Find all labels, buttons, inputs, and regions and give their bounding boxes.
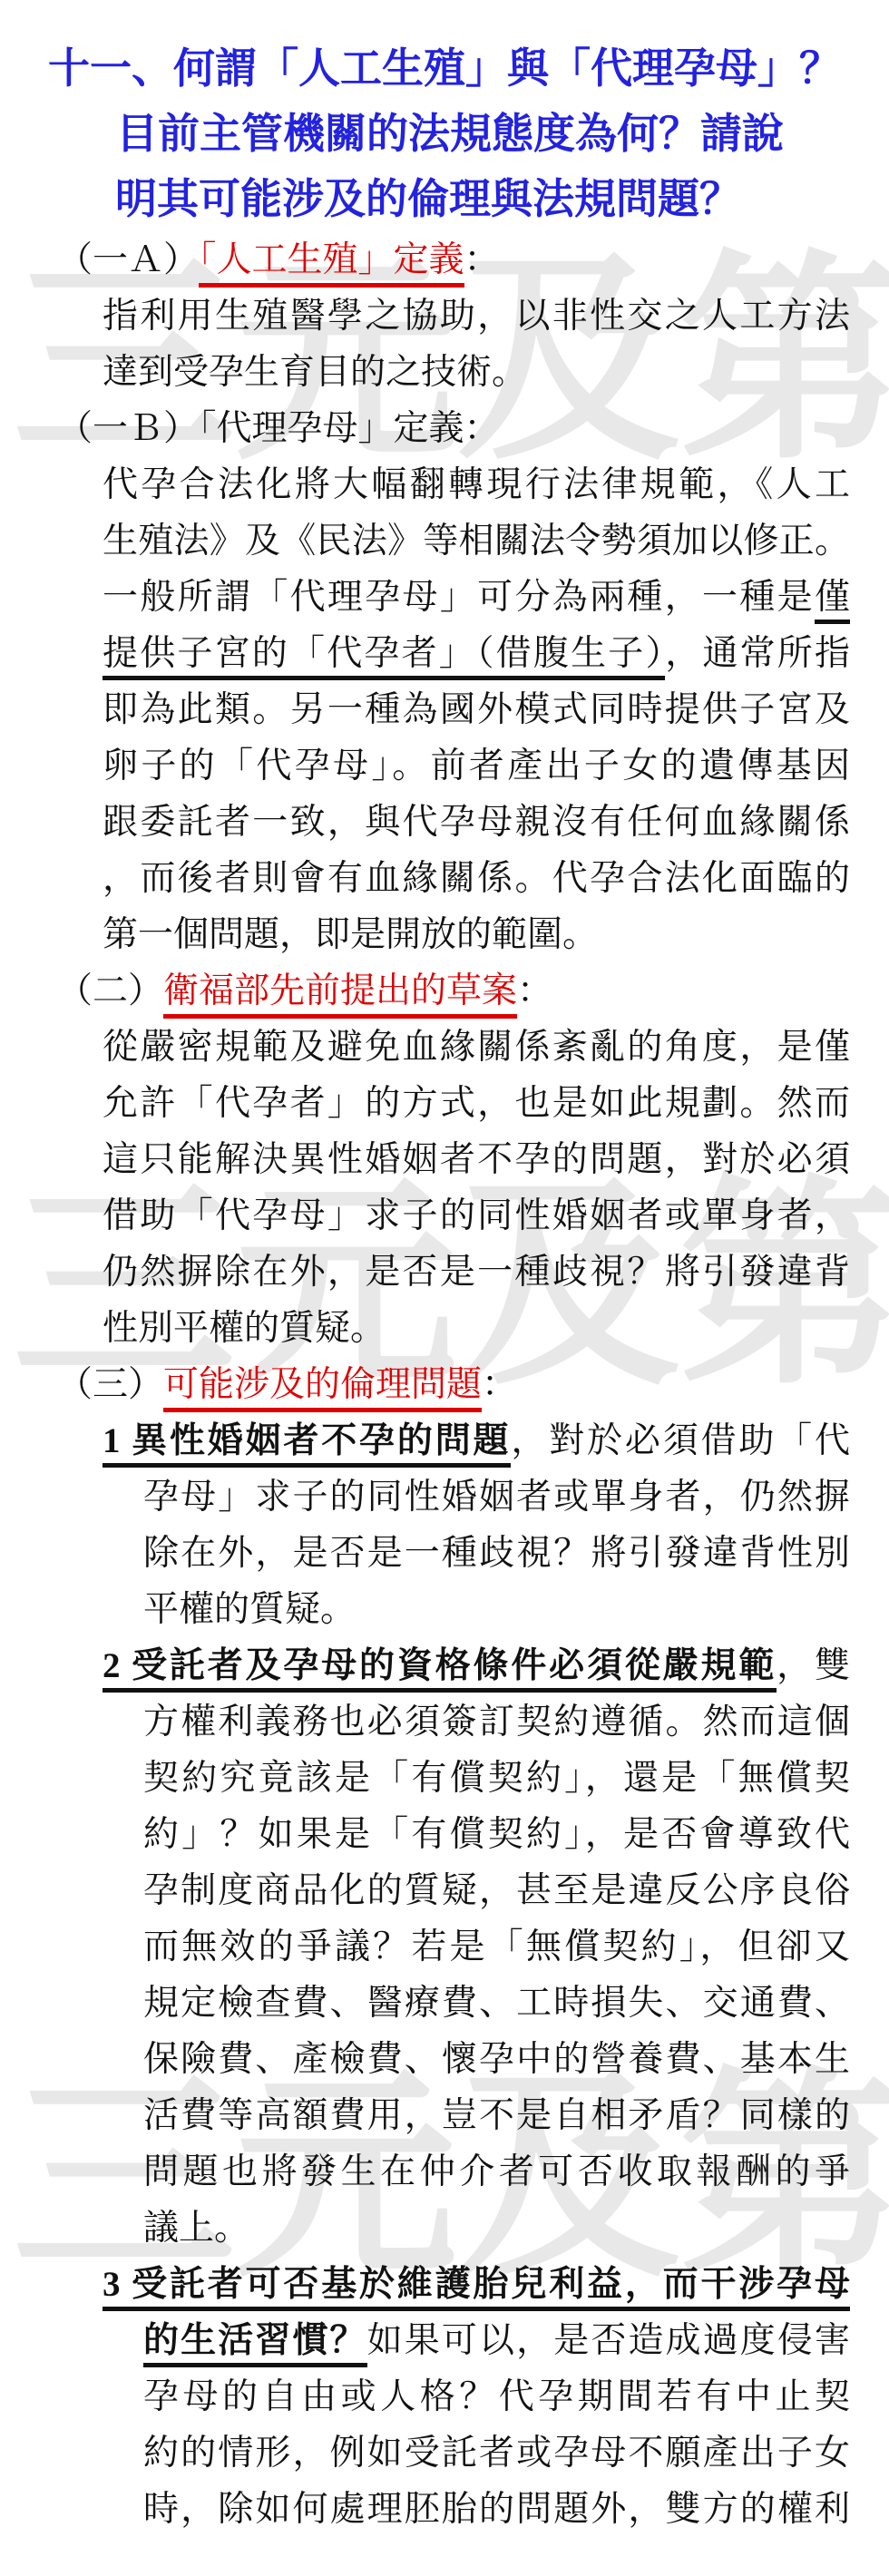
- paragraph-line: 第一個問題，即是開放的範圍。: [103, 907, 850, 963]
- paragraph-line: 從嚴密規範及避免血緣關係紊亂的角度，是僅: [103, 1020, 850, 1076]
- bold-underlined-text: 1 異性婚姻者不孕的問題: [103, 1421, 511, 1468]
- text: 借助「代孕母」求子的同性婚姻者或單身者，: [103, 1196, 850, 1235]
- text: 問題也將發生在仲介者可否收取報酬的爭: [143, 2152, 850, 2191]
- text: 活費等高額費用，豈不是自相矛盾？同樣的: [143, 2096, 850, 2135]
- numbered-continuation-line: 時，除如何處理胚胎的問題外，雙方的權利: [143, 2482, 850, 2538]
- numbered-continuation-line: 議上。: [143, 2200, 850, 2257]
- text: 時，除如何處理胚胎的問題外，雙方的權利: [143, 2490, 850, 2529]
- text: 保險費、產檢費、懷孕中的營養費、基本生: [143, 2040, 850, 2079]
- text: 這只能解決異性婚姻者不孕的問題，對於必須: [103, 1140, 850, 1179]
- text: （一Ｂ）「代理孕母」定義：: [57, 409, 500, 448]
- text: ：: [517, 971, 552, 1010]
- text: ，通常所指: [665, 634, 850, 673]
- text: ，雙: [777, 1646, 850, 1685]
- text: 跟委託者一致，與代孕母親沒有任何血緣關係: [103, 803, 850, 842]
- text: （二）: [57, 971, 163, 1010]
- numbered-continuation-line: 問題也將發生在仲介者可否收取報酬的爭: [143, 2144, 850, 2200]
- text: 約」？如果是「有償契約」，是否會導致代: [143, 1815, 850, 1854]
- section-header-line: （三）可能涉及的倫理問題：: [0, 1357, 889, 1413]
- text: 代孕合法化將大幅翻轉現行法律規範，《人工: [103, 465, 850, 504]
- text: 議上。: [143, 2209, 249, 2248]
- text: （三）: [57, 1365, 163, 1404]
- paragraph-line: 仍然摒除在外，是否是一種歧視？將引發違背: [103, 1244, 850, 1301]
- paragraph-line: 指利用生殖醫學之協助，以非性交之人工方法: [103, 288, 850, 345]
- section-header-line: （一Ｂ）「代理孕母」定義：: [0, 401, 889, 457]
- text: 而無效的爭議？若是「無償契約」，但卻又: [143, 1927, 850, 1966]
- numbered-continuation-line: 而無效的爭議？若是「無償契約」，但卻又: [143, 1919, 850, 1976]
- text: 方權利義務也必須簽訂契約遵循。然而這個: [143, 1703, 850, 1742]
- text: 第一個問題，即是開放的範圍。: [103, 915, 598, 954]
- paragraph-line: 一般所謂「代理孕母」可分為兩種，一種是僅: [103, 570, 850, 626]
- text: （一Ａ）: [57, 240, 199, 279]
- text: 孕制度商品化的質疑，甚至是違反公序良俗: [143, 1871, 850, 1910]
- section-header-line: （二）衛福部先前提出的草案：: [0, 963, 889, 1020]
- underlined-text: 提供子宮的「代孕者」（借腹生子）: [103, 634, 665, 680]
- numbered-continuation-line: 規定檢查費、醫療費、工時損失、交通費、: [143, 1976, 850, 2032]
- text: 從嚴密規範及避免血緣關係紊亂的角度，是僅: [103, 1028, 850, 1067]
- text: ：: [482, 1365, 517, 1404]
- text: ：: [464, 240, 500, 279]
- paragraph-line: 這只能解決異性婚姻者不孕的問題，對於必須: [103, 1132, 850, 1188]
- paragraph-line: 性別平權的質疑。: [103, 1301, 850, 1357]
- numbered-continuation-line: 孕制度商品化的質疑，甚至是違反公序良俗: [143, 1863, 850, 1919]
- title-line-3: 明其可能涉及的倫理與法規問題？: [0, 167, 889, 232]
- numbered-continuation-line: 活費等高額費用，豈不是自相矛盾？同樣的: [143, 2088, 850, 2144]
- text: ，對於必須借助「代: [511, 1421, 850, 1460]
- paragraph-line: 即為此類。另一種為國外模式同時提供子宮及: [103, 682, 850, 738]
- text: 除在外，是否是一種歧視？將引發違背性別: [143, 1534, 850, 1573]
- text: ，而後者則會有血緣關係。代孕合法化面臨的: [103, 859, 850, 898]
- section-heading-red-text: 「人工生殖」定義: [199, 240, 464, 288]
- text: 達到受孕生育目的之技術。: [103, 353, 527, 392]
- text: 孕母的自由或人格？代孕期間若有中止契: [143, 2377, 850, 2416]
- numbered-continuation-line: 約」？如果是「有償契約」，是否會導致代: [143, 1807, 850, 1863]
- text: 卵子的「代孕母」。前者產出子女的遺傳基因: [103, 746, 850, 785]
- underlined-text: 僅: [815, 578, 850, 624]
- numbered-item-line: 2 受託者及孕母的資格條件必須從嚴規範，雙: [103, 1638, 850, 1694]
- text: 如果可以，是否造成過度侵害: [367, 2321, 850, 2360]
- numbered-continuation-line: 約的情形，例如受託者或孕母不願產出子女: [143, 2425, 850, 2482]
- numbered-continuation-line: 方權利義務也必須簽訂契約遵循。然而這個: [143, 1694, 850, 1751]
- text: 即為此類。另一種為國外模式同時提供子宮及: [103, 690, 850, 729]
- numbered-continuation-line: 的生活習慣？如果可以，是否造成過度侵害: [143, 2313, 850, 2369]
- paragraph-line: 允許「代孕者」的方式，也是如此規劃。然而: [103, 1076, 850, 1132]
- numbered-continuation-line: 除在外，是否是一種歧視？將引發違背性別: [143, 1526, 850, 1582]
- text: 仍然摒除在外，是否是一種歧視？將引發違背: [103, 1253, 850, 1292]
- document-content: 十一、何謂「人工生殖」與「代理孕母」？目前主管機關的法規態度為何？請說明其可能涉…: [0, 0, 889, 2538]
- text: 規定檢查費、醫療費、工時損失、交通費、: [143, 1984, 850, 2023]
- title-line-2: 目前主管機關的法規態度為何？請說: [0, 102, 889, 167]
- document-page: 三元及第三元及第三元及第 十一、何謂「人工生殖」與「代理孕母」？目前主管機關的法…: [0, 0, 889, 2576]
- numbered-continuation-line: 孕母的自由或人格？代孕期間若有中止契: [143, 2369, 850, 2425]
- section-heading-red-text: 衛福部先前提出的草案: [163, 971, 517, 1019]
- document-body: （一Ａ）「人工生殖」定義：指利用生殖醫學之協助，以非性交之人工方法達到受孕生育目…: [0, 232, 889, 2538]
- paragraph-line: ，而後者則會有血緣關係。代孕合法化面臨的: [103, 851, 850, 907]
- text: 孕母」求子的同性婚姻者或單身者，仍然摒: [143, 1478, 850, 1517]
- document-title: 十一、何謂「人工生殖」與「代理孕母」？目前主管機關的法規態度為何？請說明其可能涉…: [0, 0, 889, 232]
- text: 平權的質疑。: [143, 1590, 356, 1629]
- text: 生殖法》及《民法》等相關法令勢須加以修正。: [103, 522, 850, 561]
- numbered-continuation-line: 平權的質疑。: [143, 1582, 850, 1638]
- bold-underlined-text: 的生活習慣？: [143, 2321, 367, 2367]
- numbered-item-line: 3 受託者可否基於維護胎兒利益，而干涉孕母: [103, 2257, 850, 2313]
- numbered-continuation-line: 保險費、產檢費、懷孕中的營養費、基本生: [143, 2032, 850, 2088]
- text: 性別平權的質疑。: [103, 1309, 386, 1348]
- paragraph-line: 卵子的「代孕母」。前者產出子女的遺傳基因: [103, 738, 850, 795]
- text: 指利用生殖醫學之協助，以非性交之人工方法: [103, 297, 850, 336]
- numbered-item-line: 1 異性婚姻者不孕的問題，對於必須借助「代: [103, 1413, 850, 1469]
- bold-underlined-text: 3 受託者可否基於維護胎兒利益，而干涉孕母: [103, 2265, 850, 2311]
- text: 約的情形，例如受託者或孕母不願產出子女: [143, 2434, 850, 2473]
- paragraph-line: 提供子宮的「代孕者」（借腹生子），通常所指: [103, 626, 850, 682]
- paragraph-line: 達到受孕生育目的之技術。: [103, 345, 850, 401]
- text: 一般所謂「代理孕母」可分為兩種，一種是: [103, 578, 815, 617]
- text: 契約究竟該是「有償契約」，還是「無償契: [143, 1759, 850, 1798]
- bold-underlined-text: 2 受託者及孕母的資格條件必須從嚴規範: [103, 1646, 777, 1693]
- title-line-1: 十一、何謂「人工生殖」與「代理孕母」？: [0, 36, 889, 102]
- numbered-continuation-line: 契約究竟該是「有償契約」，還是「無償契: [143, 1751, 850, 1807]
- paragraph-line: 跟委託者一致，與代孕母親沒有任何血緣關係: [103, 795, 850, 851]
- section-heading-red-text: 可能涉及的倫理問題: [163, 1365, 482, 1412]
- numbered-continuation-line: 孕母」求子的同性婚姻者或單身者，仍然摒: [143, 1469, 850, 1526]
- paragraph-line: 生殖法》及《民法》等相關法令勢須加以修正。: [103, 513, 850, 570]
- text: 允許「代孕者」的方式，也是如此規劃。然而: [103, 1084, 850, 1123]
- paragraph-line: 借助「代孕母」求子的同性婚姻者或單身者，: [103, 1188, 850, 1244]
- paragraph-line: 代孕合法化將大幅翻轉現行法律規範，《人工: [103, 457, 850, 513]
- section-header-line: （一Ａ）「人工生殖」定義：: [0, 232, 889, 288]
